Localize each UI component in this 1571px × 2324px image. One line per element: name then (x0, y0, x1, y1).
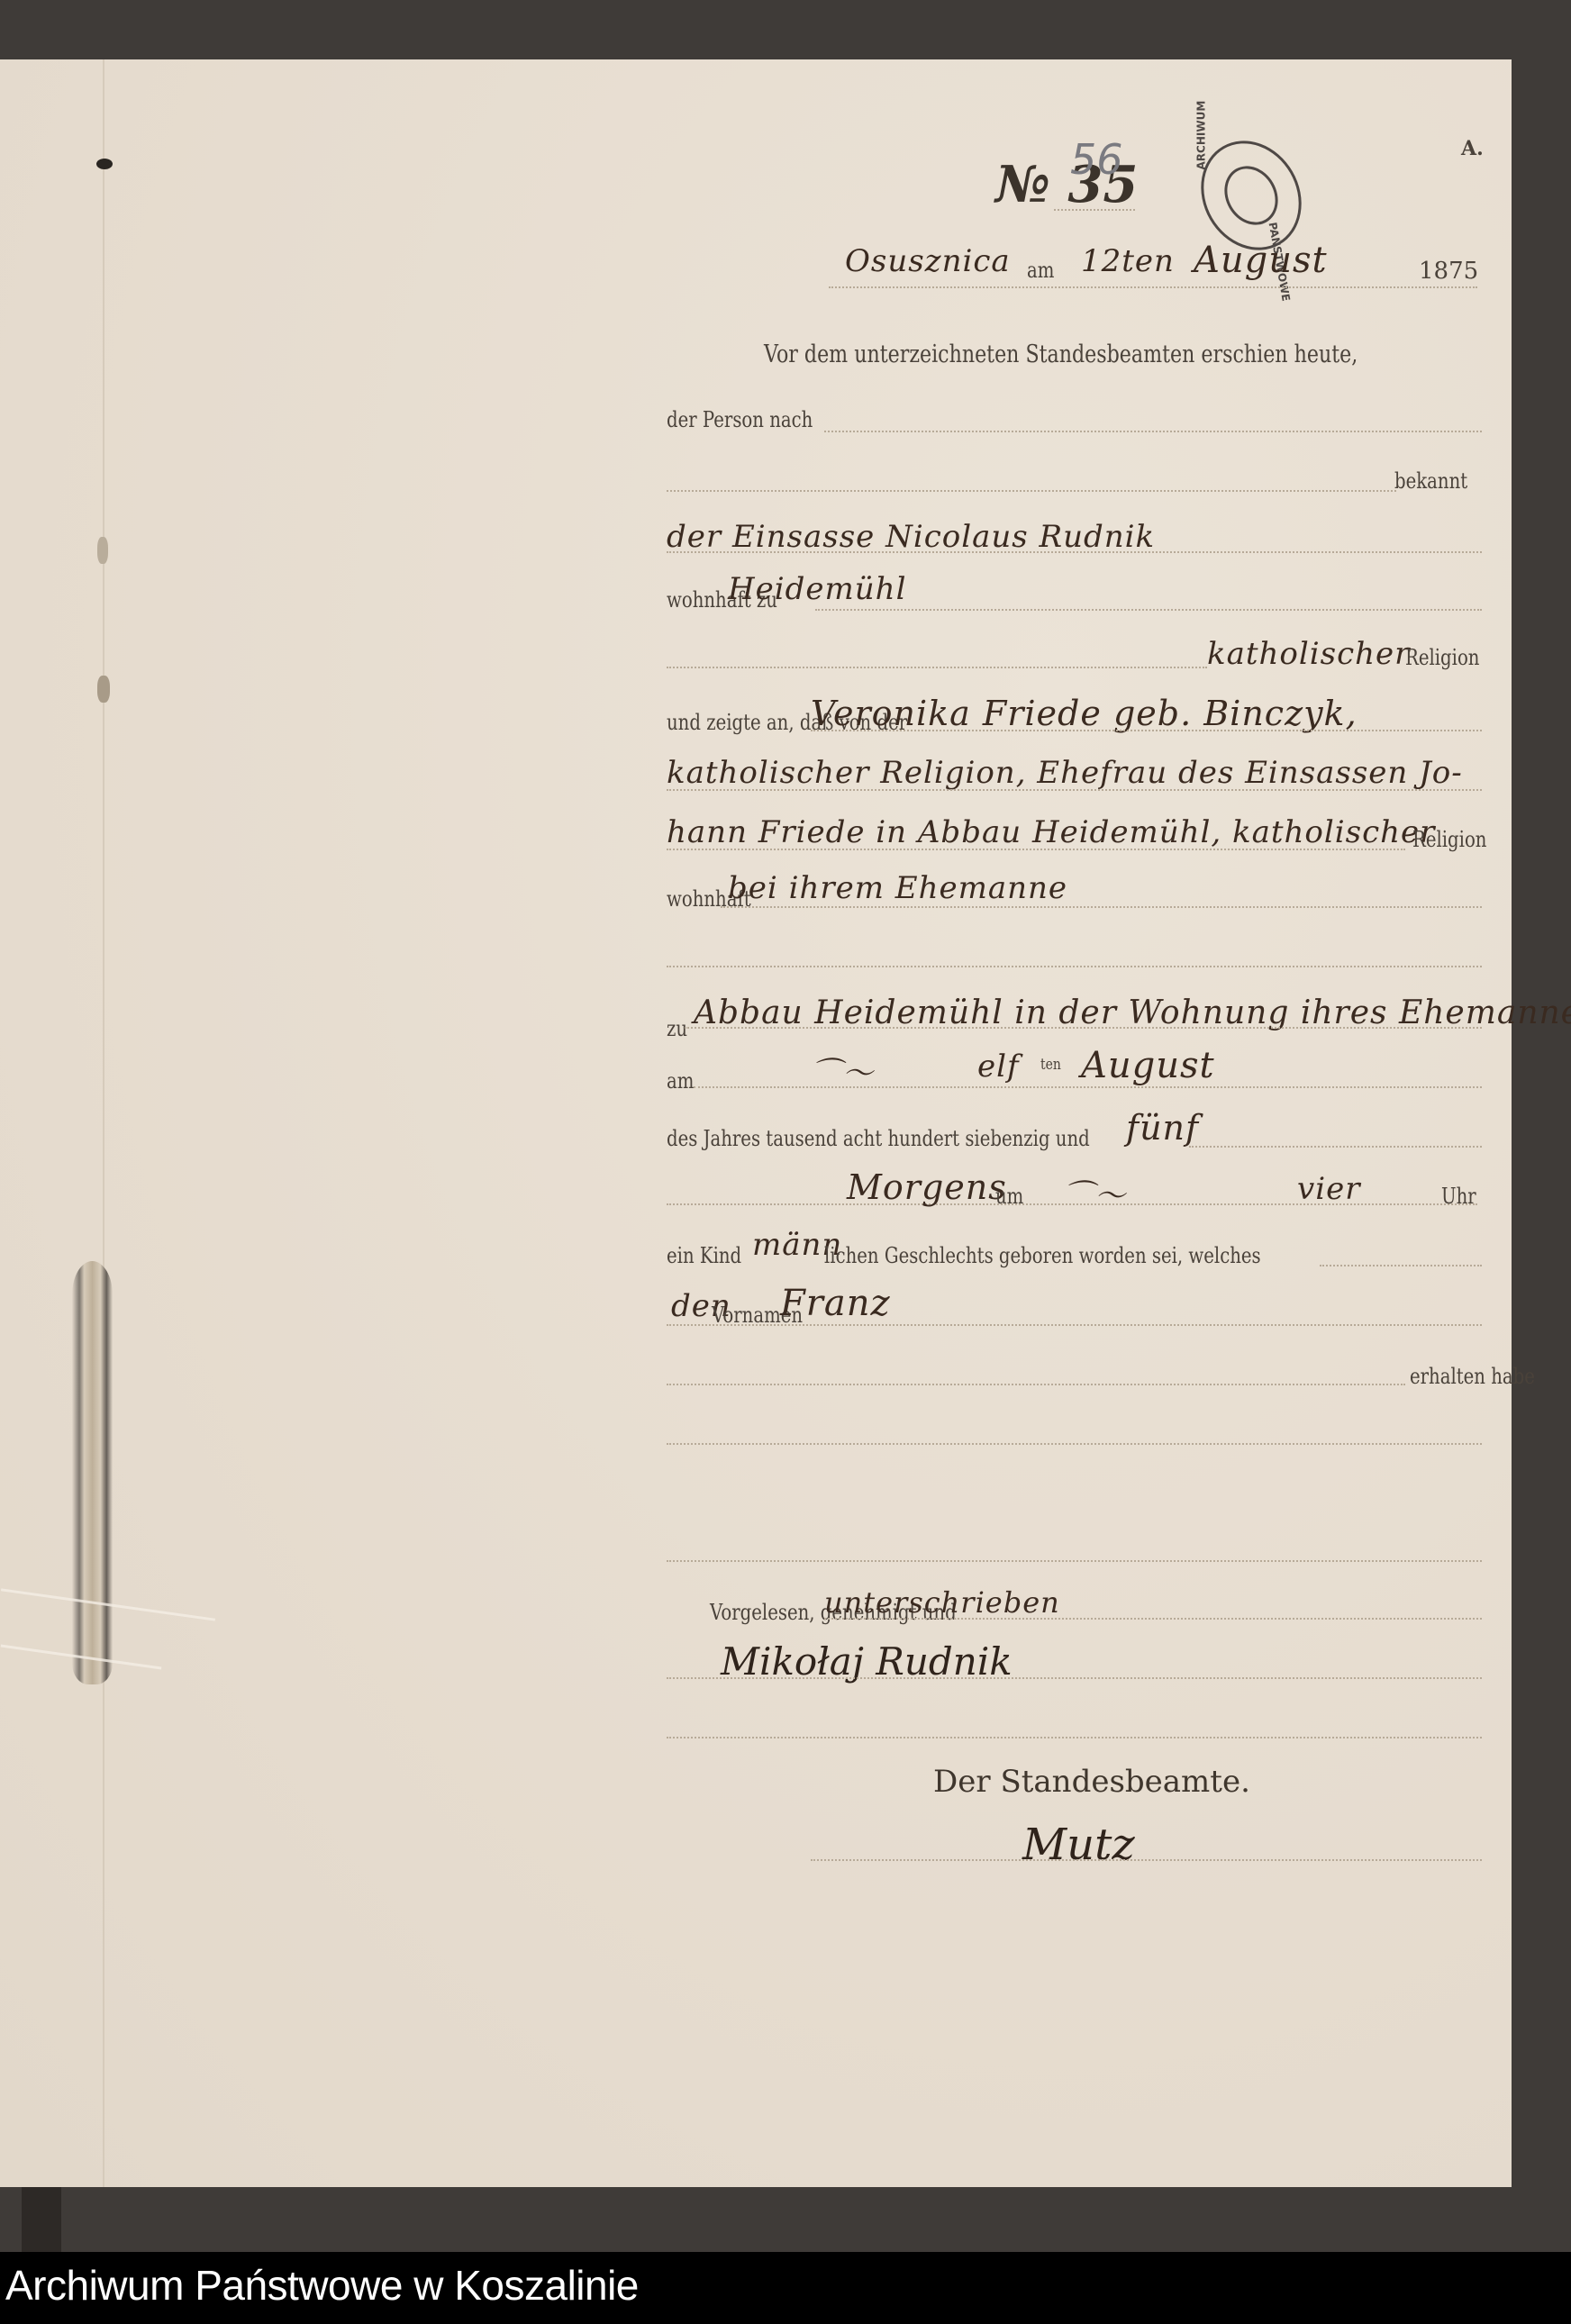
document-page (0, 59, 1512, 2187)
stamp-text: ARCHIWUM (1194, 101, 1207, 170)
official-title: Der Standesbeamte. (933, 1764, 1250, 1800)
read-value: unterschrieben (824, 1585, 1060, 1620)
date-day: 12ten (1081, 243, 1175, 279)
mother-detail-line: hann Friede in Abbau Heidemühl, katholis… (667, 814, 1435, 850)
dotted-line (829, 286, 1477, 288)
hour-value: vier (1297, 1171, 1360, 1207)
dotted-line (815, 609, 1482, 611)
dotted-line (667, 667, 1207, 668)
dotted-line (1054, 209, 1135, 211)
binding-hole (97, 676, 110, 703)
mother-detail-line: katholischer Religion, Ehefrau des Einsa… (667, 755, 1463, 791)
intro-text: Vor dem unterzeichneten Standesbeamten e… (764, 340, 1358, 368)
declarant-name: der Einsasse Nicolaus Rudnik (667, 519, 1155, 555)
child-name: Franz (780, 1283, 891, 1324)
known-label: bekannt (1394, 468, 1467, 494)
religion-value: katholischer (1207, 636, 1410, 672)
birthplace-label: zu (667, 1016, 687, 1041)
dotted-line (667, 1443, 1482, 1445)
dotted-line (824, 1618, 1482, 1620)
dotted-line (667, 1737, 1482, 1738)
um-label: um (995, 1184, 1023, 1209)
dotted-line (667, 1560, 1482, 1562)
dash-mark: ⌒～ (1063, 1171, 1126, 1215)
year-label: des Jahres tausend acht hundert siebenzi… (667, 1126, 1090, 1151)
form-letter: A. (1461, 137, 1484, 160)
residence-value: Heidemühl (728, 571, 906, 607)
official-signature: Mutz (1022, 1820, 1135, 1870)
uhr-label: Uhr (1441, 1184, 1476, 1209)
am-label: am (667, 1068, 694, 1094)
dotted-line (1320, 1265, 1482, 1266)
binding-hole (96, 159, 113, 169)
birth-month: August (1081, 1045, 1215, 1086)
child-label: lichen Geschlechts geboren worden sei, w… (824, 1243, 1261, 1268)
received-label: erhalten habe (1410, 1364, 1535, 1389)
dotted-line (1189, 1146, 1482, 1148)
dotted-line (694, 1086, 1482, 1088)
dotted-line (685, 1027, 1482, 1029)
date-year: 1875 (1419, 258, 1478, 285)
dotted-line (667, 1677, 1482, 1679)
dotted-line (667, 849, 1405, 850)
year-value: fünf (1126, 1108, 1199, 1148)
time-of-day: Morgens (847, 1167, 1007, 1207)
binding-hole (97, 537, 108, 564)
binding-spine (22, 2187, 61, 2252)
dotted-line (667, 1384, 1405, 1385)
pencil-annotation: 56 (1070, 135, 1123, 184)
dotted-line (667, 1324, 1482, 1326)
mother-name: Veronika Friede geb. Binczyk, (811, 694, 1358, 733)
dotted-line (811, 730, 1482, 731)
person-label: der Person nach (667, 407, 813, 432)
page-fold (103, 59, 104, 2187)
ten-suffix: ten (1040, 1056, 1061, 1074)
date-am-label: am (1027, 258, 1054, 283)
birthplace-value: Abbau Heidemühl in der Wohnung ihres Ehe… (694, 994, 1571, 1031)
dotted-line (667, 551, 1482, 553)
date-month: August (1194, 240, 1328, 281)
archive-watermark: Archiwum Państwowe w Koszalinie (5, 2261, 639, 2310)
dotted-line (667, 490, 1396, 492)
religion-label: Religion (1405, 645, 1479, 670)
religion-label: Religion (1412, 827, 1486, 852)
date-place: Osusznica (845, 243, 1011, 279)
dotted-line (667, 966, 1482, 967)
spine-tear (72, 1261, 113, 1684)
child-label: ein Kind (667, 1243, 741, 1268)
birth-day: elf (977, 1049, 1020, 1085)
dotted-line (824, 431, 1482, 432)
mother-residence-value: bei ihrem Ehemanne (728, 870, 1067, 906)
dotted-line (721, 906, 1482, 908)
dotted-line (667, 789, 1482, 791)
dotted-line (811, 1859, 1482, 1861)
